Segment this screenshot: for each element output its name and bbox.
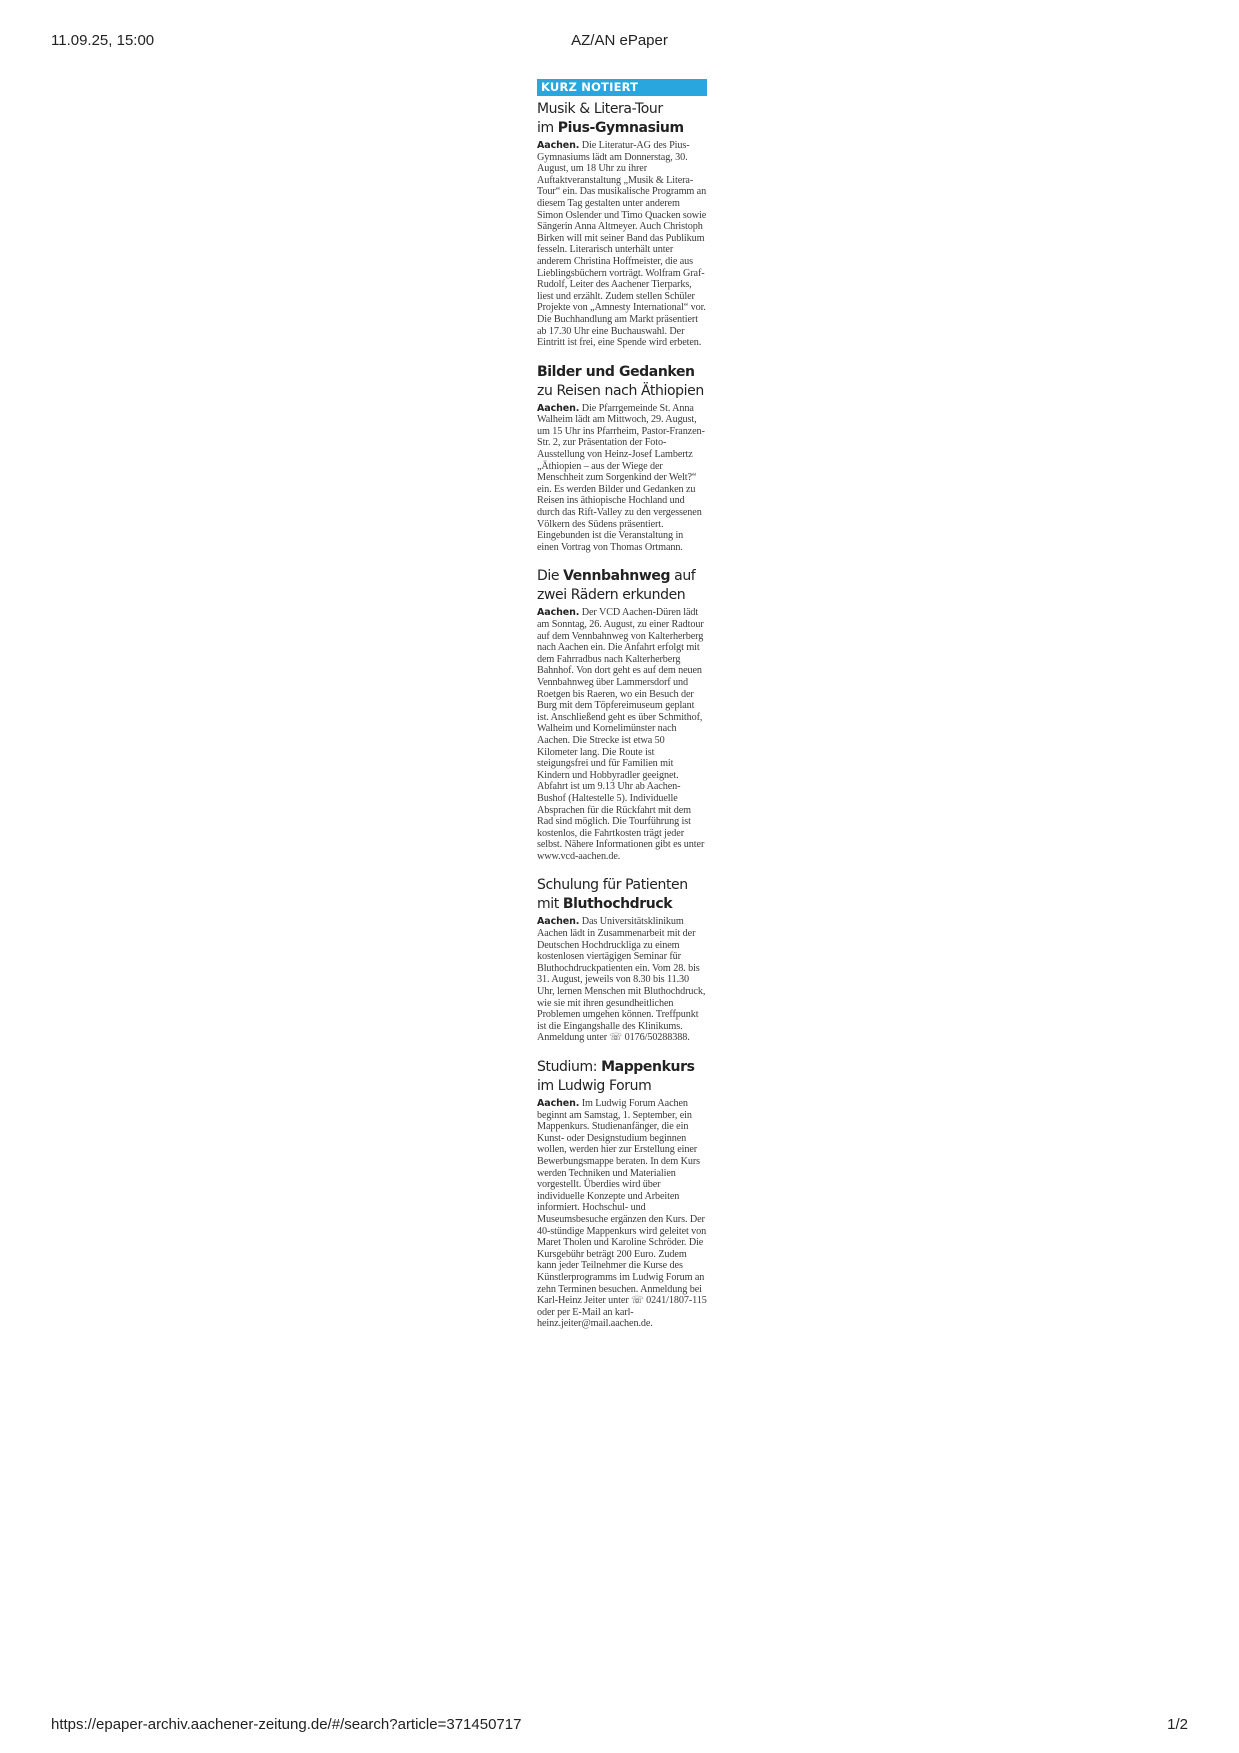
article-headline: Musik & Litera-Tour im Pius-Gymnasium	[537, 100, 707, 138]
dateline: Aachen.	[537, 403, 579, 414]
article-mappenkurs: Studium: Mappenkurs im Ludwig Forum Aach…	[537, 1058, 707, 1330]
article-body: Aachen. Die Pfarrgemeinde St. Anna Walhe…	[537, 403, 707, 554]
article-headline: Die Vennbahnweg auf zwei Rädern erkunden	[537, 567, 707, 605]
article-body: Aachen. Das Universitätsklinikum Aachen …	[537, 916, 707, 1044]
dateline: Aachen.	[537, 140, 579, 151]
article-pius-gymnasium: Musik & Litera-Tour im Pius-Gymnasium Aa…	[537, 100, 707, 349]
article-vennbahnweg: Die Vennbahnweg auf zwei Rädern erkunden…	[537, 567, 707, 862]
page-number: 1/2	[1167, 1716, 1188, 1733]
article-aethiopien: Bilder und Gedanken zu Reisen nach Äthio…	[537, 363, 707, 554]
dateline: Aachen.	[537, 607, 579, 618]
article-headline: Bilder und Gedanken zu Reisen nach Äthio…	[537, 363, 707, 401]
dateline: Aachen.	[537, 916, 579, 927]
source-url[interactable]: https://epaper-archiv.aachener-zeitung.d…	[51, 1716, 521, 1733]
article-bluthochdruck: Schulung für Patienten mit Bluthochdruck…	[537, 876, 707, 1044]
article-body: Aachen. Der VCD Aachen-Düren lädt am Son…	[537, 607, 707, 862]
article-headline: Studium: Mappenkurs im Ludwig Forum	[537, 1058, 707, 1096]
article-body: Aachen. Die Literatur-AG des Pius-Gymnas…	[537, 140, 707, 349]
article-body: Aachen. Im Ludwig Forum Aachen beginnt a…	[537, 1098, 707, 1330]
section-banner: KURZ NOTIERT	[537, 79, 707, 96]
dateline: Aachen.	[537, 1098, 579, 1109]
article-headline: Schulung für Patienten mit Bluthochdruck	[537, 876, 707, 914]
article-column: KURZ NOTIERT Musik & Litera-Tour im Pius…	[537, 79, 707, 1344]
print-title: AZ/AN ePaper	[0, 32, 1239, 49]
